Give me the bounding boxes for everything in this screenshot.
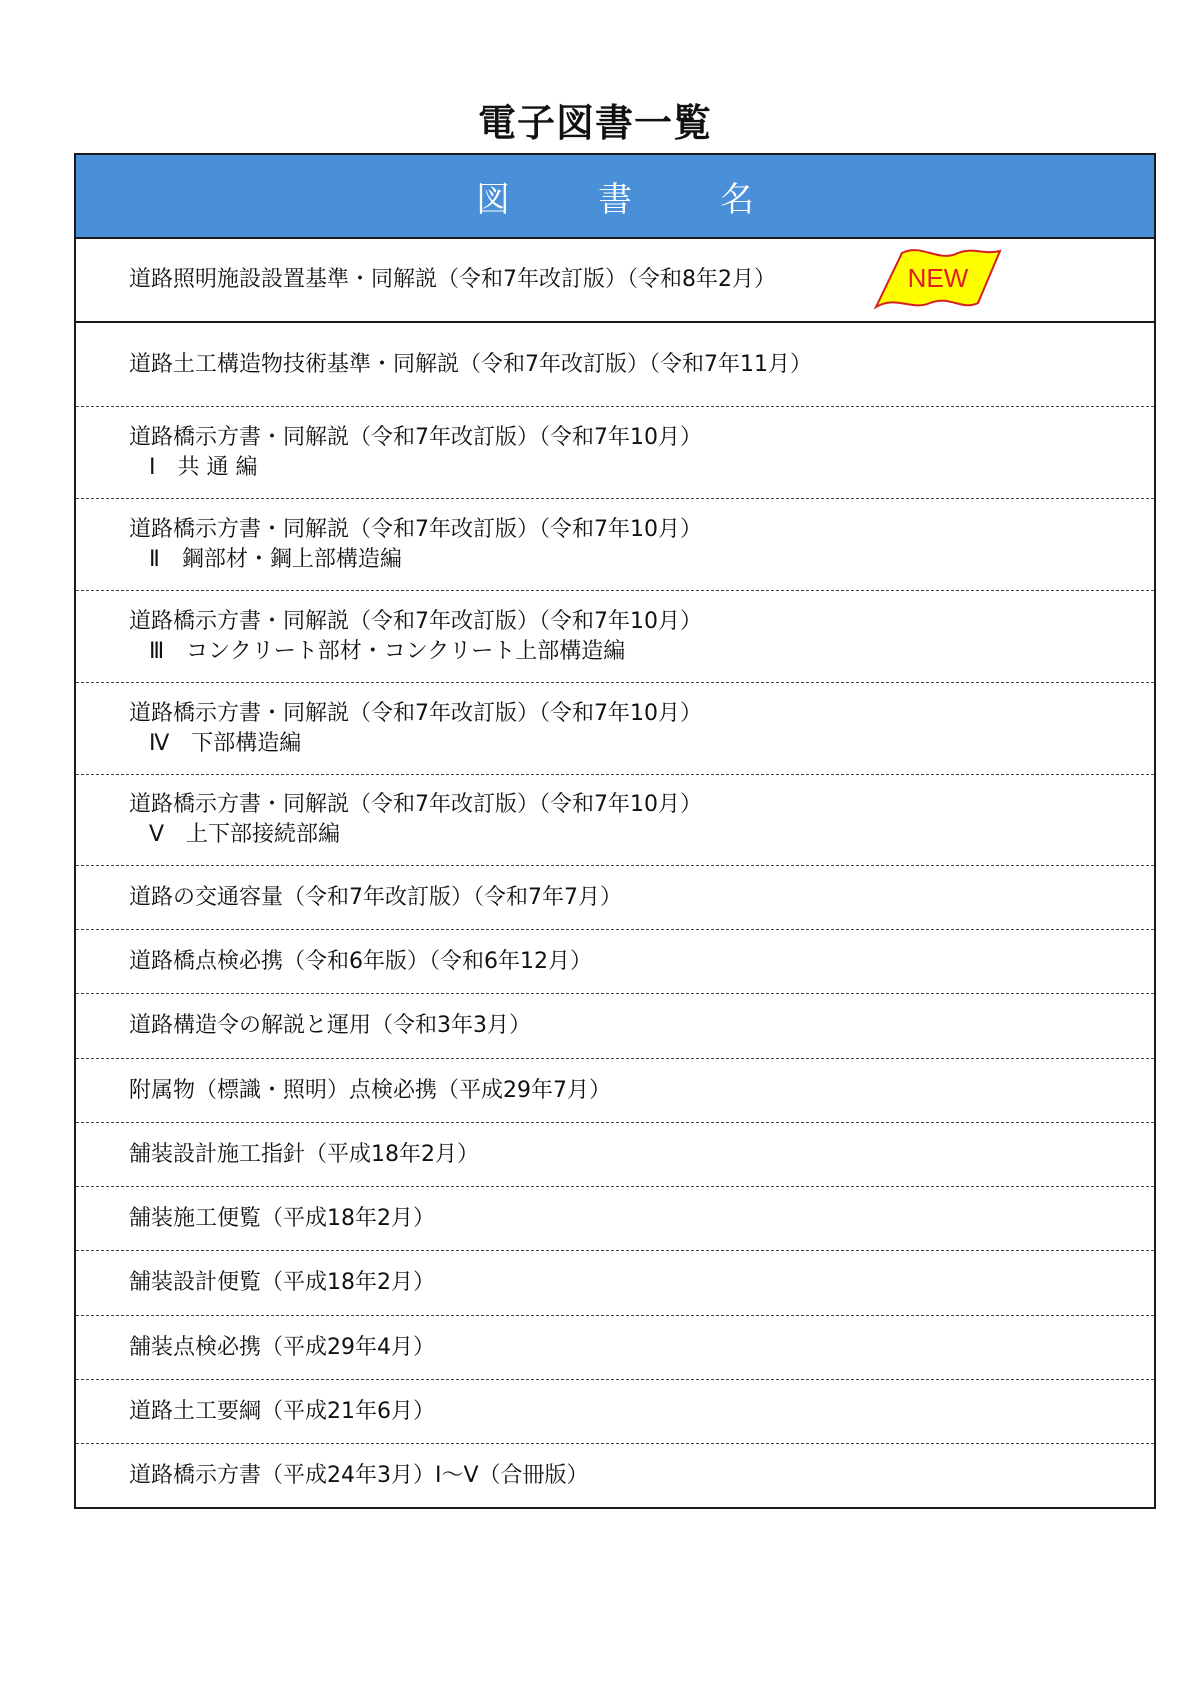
- table-row[interactable]: 道路土工要綱（平成21年6月）: [76, 1380, 1154, 1444]
- book-title: 道路橋点検必携（令和6年版）（令和6年12月）: [129, 947, 1154, 977]
- table-row[interactable]: 道路土工構造物技術基準・同解説（令和7年改訂版）（令和7年11月）: [76, 323, 1154, 407]
- table-row[interactable]: 道路照明施設設置基準・同解説（令和7年改訂版）（令和8年2月） NEW: [76, 239, 1154, 323]
- book-volume: Ⅱ 鋼部材・鋼上部構造編: [129, 545, 1154, 575]
- book-volume: Ⅰ 共 通 編: [129, 453, 1154, 483]
- book-title: 舗装施工便覧（平成18年2月）: [129, 1204, 1154, 1234]
- book-title: 道路橋示方書・同解説（令和7年改訂版）（令和7年10月）: [129, 423, 1154, 453]
- book-title: 舗装設計便覧（平成18年2月）: [129, 1268, 1154, 1298]
- book-volume: Ⅳ 下部構造編: [129, 729, 1154, 759]
- book-title: 道路橋示方書・同解説（令和7年改訂版）（令和7年10月）: [129, 790, 1154, 820]
- book-title: 舗装点検必携（平成29年4月）: [129, 1333, 1154, 1363]
- table-row[interactable]: 道路橋示方書・同解説（令和7年改訂版）（令和7年10月） Ⅰ 共 通 編: [76, 407, 1154, 499]
- table-header: 図 書 名: [76, 155, 1154, 239]
- book-title: 道路の交通容量（令和7年改訂版）（令和7年7月）: [129, 883, 1154, 913]
- new-badge-flag-icon: NEW: [872, 247, 1004, 311]
- table-row[interactable]: 道路の交通容量（令和7年改訂版）（令和7年7月）: [76, 866, 1154, 930]
- table-row[interactable]: 附属物（標識・照明）点検必携（平成29年7月）: [76, 1059, 1154, 1123]
- book-title: 道路構造令の解説と運用（令和3年3月）: [129, 1011, 1154, 1041]
- table-row[interactable]: 道路構造令の解説と運用（令和3年3月）: [76, 994, 1154, 1059]
- book-title: 道路橋示方書・同解説（令和7年改訂版）（令和7年10月）: [129, 607, 1154, 637]
- table-row[interactable]: 舗装設計施工指針（平成18年2月）: [76, 1123, 1154, 1187]
- table-row[interactable]: 舗装点検必携（平成29年4月）: [76, 1316, 1154, 1380]
- book-list-table: 図 書 名 道路照明施設設置基準・同解説（令和7年改訂版）（令和8年2月） NE…: [74, 153, 1156, 1509]
- header-char-2: 書: [598, 172, 632, 221]
- header-char-3: 名: [720, 172, 754, 221]
- header-char-1: 図: [476, 172, 510, 221]
- new-badge-label: NEW: [908, 263, 969, 293]
- page-title: 電子図書一覧: [0, 92, 1190, 147]
- book-title: 附属物（標識・照明）点検必携（平成29年7月）: [129, 1076, 1154, 1106]
- table-row[interactable]: 道路橋点検必携（令和6年版）（令和6年12月）: [76, 930, 1154, 994]
- table-row[interactable]: 道路橋示方書（平成24年3月）Ⅰ～Ⅴ（合冊版）: [76, 1444, 1154, 1507]
- book-title: 舗装設計施工指針（平成18年2月）: [129, 1140, 1154, 1170]
- book-title: 道路橋示方書・同解説（令和7年改訂版）（令和7年10月）: [129, 699, 1154, 729]
- book-title: 道路土工構造物技術基準・同解説（令和7年改訂版）（令和7年11月）: [129, 350, 1154, 380]
- table-row[interactable]: 舗装施工便覧（平成18年2月）: [76, 1187, 1154, 1251]
- book-title: 道路橋示方書・同解説（令和7年改訂版）（令和7年10月）: [129, 515, 1154, 545]
- book-title: 道路土工要綱（平成21年6月）: [129, 1397, 1154, 1427]
- table-row[interactable]: 道路橋示方書・同解説（令和7年改訂版）（令和7年10月） Ⅴ 上下部接続部編: [76, 775, 1154, 866]
- book-volume: Ⅴ 上下部接続部編: [129, 820, 1154, 850]
- table-row[interactable]: 舗装設計便覧（平成18年2月）: [76, 1251, 1154, 1316]
- book-title: 道路橋示方書（平成24年3月）Ⅰ～Ⅴ（合冊版）: [129, 1461, 1154, 1491]
- book-volume: Ⅲ コンクリート部材・コンクリート上部構造編: [129, 637, 1154, 667]
- table-row[interactable]: 道路橋示方書・同解説（令和7年改訂版）（令和7年10月） Ⅲ コンクリート部材・…: [76, 591, 1154, 683]
- table-row[interactable]: 道路橋示方書・同解説（令和7年改訂版）（令和7年10月） Ⅱ 鋼部材・鋼上部構造…: [76, 499, 1154, 591]
- table-row[interactable]: 道路橋示方書・同解説（令和7年改訂版）（令和7年10月） Ⅳ 下部構造編: [76, 683, 1154, 775]
